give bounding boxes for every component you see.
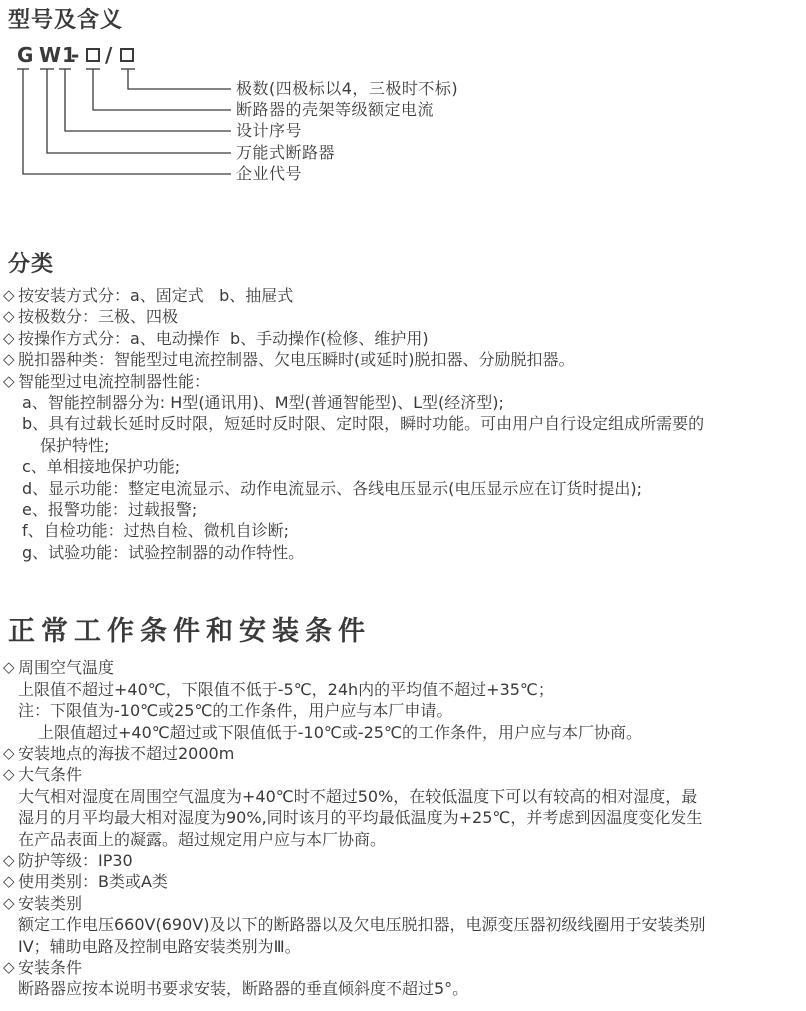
list-item-note: 注：下限值为-10℃或25℃的工作条件，用户应与本厂申请。 (0, 700, 806, 721)
list-item-text: 保护特性; (40, 436, 109, 455)
list-item-continuation: 在产品表面上的凝露。超过规定用户应与本厂协商。 (0, 829, 806, 850)
diamond-bullet-icon: ◇ (3, 328, 15, 349)
diamond-bullet-icon: ◇ (3, 893, 15, 914)
list-item: ◇脱扣器种类：智能型过电流控制器、欠电压瞬时(或延时)脱扣器、分励脱扣器。 (0, 349, 806, 370)
callout-line-design-serial (65, 69, 231, 131)
callout-line-acb (47, 69, 231, 153)
list-item-text: e、报警功能：过载报警; (22, 500, 197, 519)
list-item: ◇大气条件 (0, 764, 806, 785)
list-item-text: 湿月的月平均最大相对湿度为90%,同时该月的平均最低温度为+25℃，并考虑到因温… (18, 808, 702, 827)
model-label-company-code: 企业代号 (236, 165, 302, 183)
list-item-continuation: 上限值不超过+40℃，下限值不低于-5℃，24h内的平均值不超过+35℃； (0, 679, 806, 700)
list-item-text: 断路器应按本说明书要求安装，断路器的垂直倾斜度不超过5°。 (18, 979, 468, 998)
list-item-text: d、显示功能：整定电流显示、动作电流显示、各线电压显示(电压显示应在订货时提出)… (22, 479, 642, 498)
list-item-text: 使用类别：B类或A类 (18, 872, 168, 891)
list-item: ◇按操作方式分：a、电动操作 b、手动操作(检修、维护用) (0, 328, 806, 349)
diamond-bullet-icon: ◇ (3, 371, 15, 392)
diamond-bullet-icon: ◇ (3, 285, 15, 306)
model-box-placeholder-frame (86, 48, 100, 62)
classification-list: ◇按安装方式分：a、固定式 b、抽屉式 ◇按极数分：三极、四极 ◇按操作方式分：… (0, 285, 806, 563)
list-item: ◇安装类别 (0, 893, 806, 914)
list-item-text: 周围空气温度 (18, 658, 114, 677)
callout-line-company-code (23, 69, 231, 174)
model-box-placeholder-poles (120, 48, 134, 62)
callout-line-poles (128, 69, 231, 89)
diamond-bullet-icon: ◇ (3, 957, 15, 978)
list-item: ◇周围空气温度 (0, 657, 806, 678)
diamond-bullet-icon: ◇ (3, 743, 15, 764)
model-letter-W: W (39, 44, 61, 66)
list-item-text: 按极数分：三极、四极 (18, 307, 178, 326)
model-slash: / (105, 44, 112, 66)
list-item-continuation: 额定工作电压660V(690V)及以下的断路器以及欠电压脱扣器，电源变压器初级线… (0, 914, 806, 935)
list-subitem: f、自检功能：过热自检、微机自诊断; (0, 520, 806, 541)
list-item-text: 注：下限值为-10℃或25℃的工作条件，用户应与本厂申请。 (18, 701, 452, 720)
section-heading-conditions: 正常工作条件和安装条件 (8, 617, 806, 647)
model-label-frame-current: 断路器的壳架等级额定电流 (236, 101, 434, 119)
list-item-text: 按操作方式分：a、电动操作 b、手动操作(检修、维护用) (18, 329, 429, 348)
list-subitem: e、报警功能：过载报警; (0, 499, 806, 520)
list-item-continuation: 大气相对湿度在周围空气温度为+40℃时不超过50%，在较低温度下可以有较高的相对… (0, 786, 806, 807)
list-item-text: f、自检功能：过热自检、微机自诊断; (22, 521, 289, 540)
callout-line-frame-current (93, 69, 231, 110)
list-item-continuation: 断路器应按本说明书要求安装，断路器的垂直倾斜度不超过5°。 (0, 978, 806, 999)
list-subitem: b、具有过载长延时反时限，短延时反时限、定时限，瞬时功能。可由用户自行设定组成所… (0, 413, 806, 434)
list-item-text: 智能型过电流控制器性能： (18, 372, 210, 391)
section-heading-model: 型号及含义 (8, 8, 806, 34)
list-item-text: 防护等级：IP30 (18, 851, 133, 870)
list-item-text: 脱扣器种类：智能型过电流控制器、欠电压瞬时(或延时)脱扣器、分励脱扣器。 (18, 350, 575, 369)
list-item: ◇按安装方式分：a、固定式 b、抽屉式 (0, 285, 806, 306)
list-item-text: 上限值不超过+40℃，下限值不低于-5℃，24h内的平均值不超过+35℃； (18, 680, 554, 699)
diamond-bullet-icon: ◇ (3, 349, 15, 370)
document-page: 型号及含义 G W 1 - / 极数(四极标以4，三极时不标) 断路器的壳架等级… (0, 8, 806, 1000)
list-item: ◇防护等级：IP30 (0, 850, 806, 871)
list-item-continuation: IV；辅助电路及控制电路安装类别为Ⅲ。 (0, 936, 806, 957)
list-item-text: 在产品表面上的凝露。超过规定用户应与本厂协商。 (18, 830, 386, 849)
list-item-continuation: 湿月的月平均最大相对湿度为90%,同时该月的平均最低温度为+25℃，并考虑到因温… (0, 807, 806, 828)
list-item-text: b、具有过载长延时反时限，短延时反时限、定时限，瞬时功能。可由用户自行设定组成所… (22, 414, 704, 433)
diamond-bullet-icon: ◇ (3, 850, 15, 871)
conditions-list: ◇周围空气温度 上限值不超过+40℃，下限值不低于-5℃，24h内的平均值不超过… (0, 657, 806, 1000)
diamond-bullet-icon: ◇ (3, 764, 15, 785)
list-item-text: 安装地点的海拔不超过2000m (18, 744, 234, 763)
list-item-text: 上限值超过+40℃超过或下限值低于-10℃或-25℃的工作条件，用户应与本厂协商… (38, 723, 642, 742)
diamond-bullet-icon: ◇ (3, 657, 15, 678)
diamond-bullet-icon: ◇ (3, 306, 15, 327)
list-item: ◇使用类别：B类或A类 (0, 871, 806, 892)
model-label-design-serial: 设计序号 (236, 122, 302, 140)
diamond-bullet-icon: ◇ (3, 871, 15, 892)
list-item: ◇安装地点的海拔不超过2000m (0, 743, 806, 764)
list-item-text: 安装类别 (18, 894, 82, 913)
list-item-text: 大气条件 (18, 765, 82, 784)
model-designation-diagram: G W 1 - / 极数(四极标以4，三极时不标) 断路器的壳架等级额定电流 设… (8, 44, 806, 196)
list-subitem-continuation: 保护特性; (0, 435, 806, 456)
list-item-text: c、单相接地保护功能; (22, 457, 180, 476)
model-dash: - (71, 44, 79, 66)
list-item-note-continuation: 上限值超过+40℃超过或下限值低于-10℃或-25℃的工作条件，用户应与本厂协商… (0, 722, 806, 743)
list-subitem: d、显示功能：整定电流显示、动作电流显示、各线电压显示(电压显示应在订货时提出)… (0, 478, 806, 499)
list-item-text: a、智能控制器分为: H型(通讯用)、M型(普通智能型)、L型(经济型); (22, 393, 504, 412)
list-subitem: c、单相接地保护功能; (0, 456, 806, 477)
list-item: ◇智能型过电流控制器性能： (0, 371, 806, 392)
model-letter-G: G (17, 44, 33, 66)
list-item: ◇安装条件 (0, 957, 806, 978)
section-heading-classification: 分类 (8, 252, 806, 278)
list-subitem: a、智能控制器分为: H型(通讯用)、M型(普通智能型)、L型(经济型); (0, 392, 806, 413)
list-subitem: g、试验功能：试验控制器的动作特性。 (0, 542, 806, 563)
list-item-text: 额定工作电压660V(690V)及以下的断路器以及欠电压脱扣器，电源变压器初级线… (18, 915, 705, 934)
list-item-text: 安装条件 (18, 958, 82, 977)
list-item: ◇按极数分：三极、四极 (0, 306, 806, 327)
list-item-text: g、试验功能：试验控制器的动作特性。 (22, 543, 304, 562)
model-label-poles: 极数(四极标以4，三极时不标) (236, 80, 458, 98)
list-item-text: 大气相对湿度在周围空气温度为+40℃时不超过50%，在较低温度下可以有较高的相对… (18, 787, 697, 806)
list-item-text: IV；辅助电路及控制电路安装类别为Ⅲ。 (18, 937, 301, 956)
model-label-acb: 万能式断路器 (236, 144, 335, 162)
list-item-text: 按安装方式分：a、固定式 b、抽屉式 (18, 286, 293, 305)
